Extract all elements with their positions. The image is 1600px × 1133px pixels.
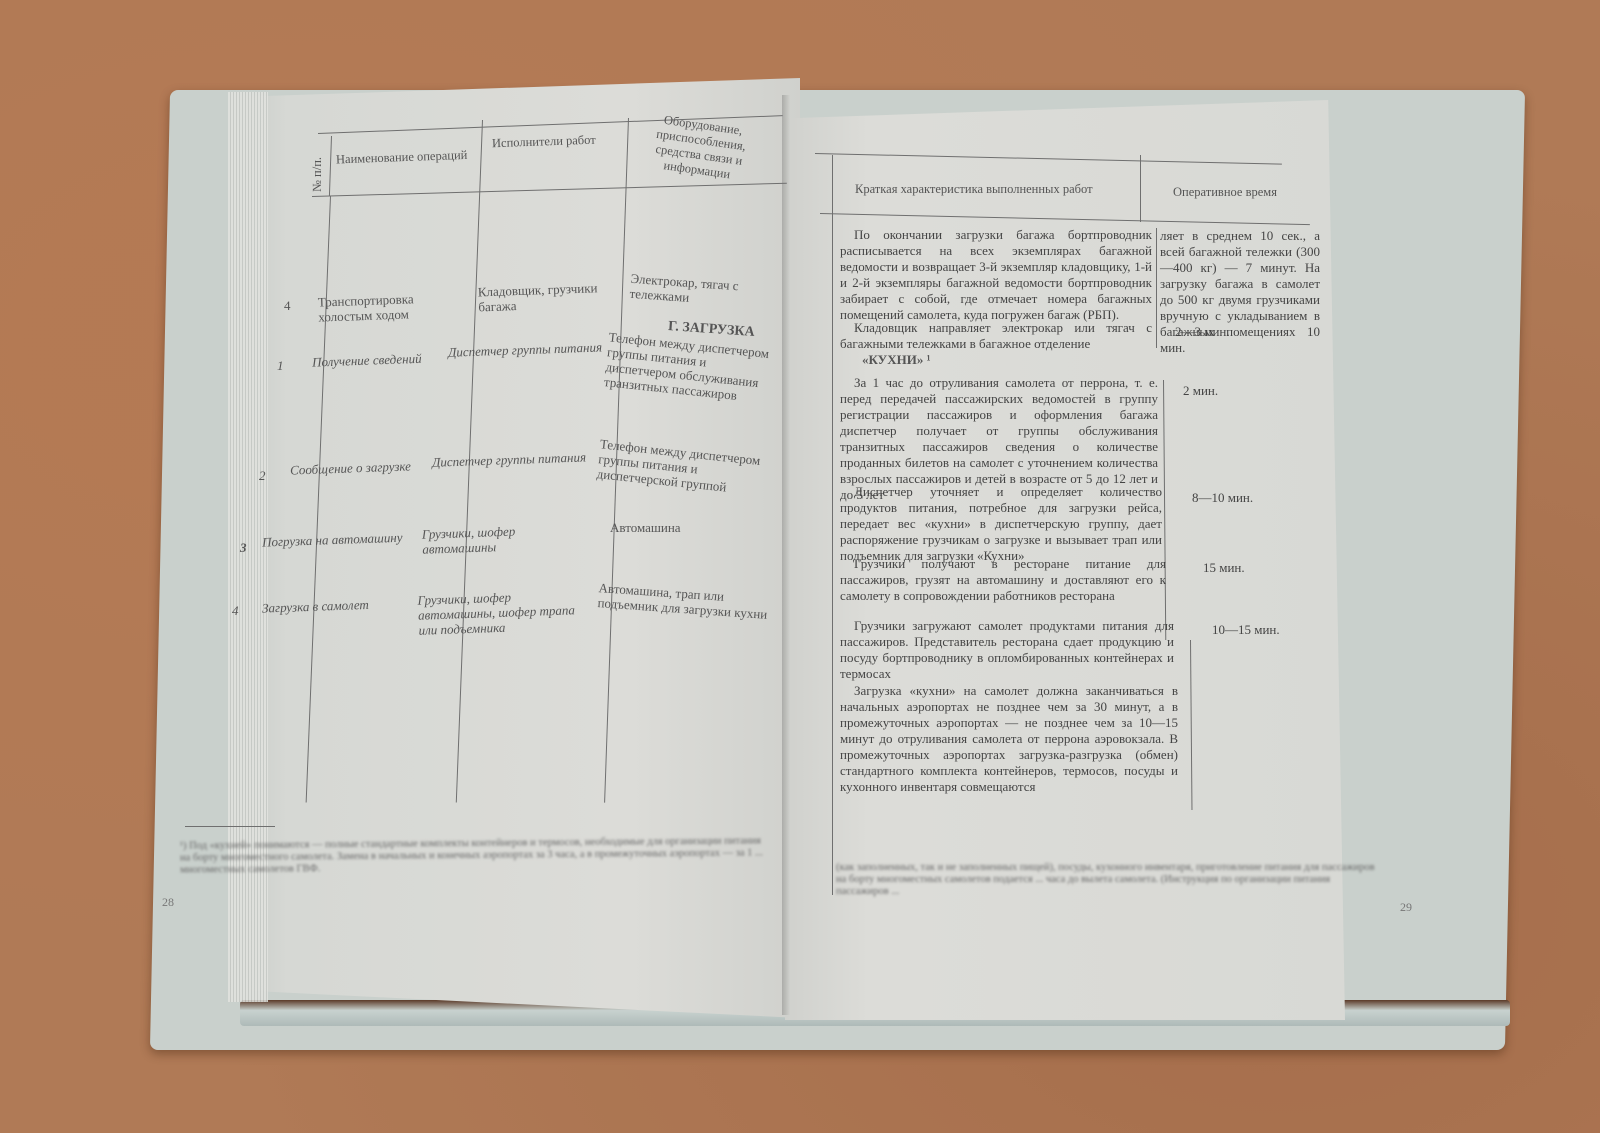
left-page — [230, 78, 800, 1018]
book-gutter — [782, 95, 790, 1015]
right-page — [785, 100, 1345, 1020]
page-stack — [228, 92, 268, 1002]
